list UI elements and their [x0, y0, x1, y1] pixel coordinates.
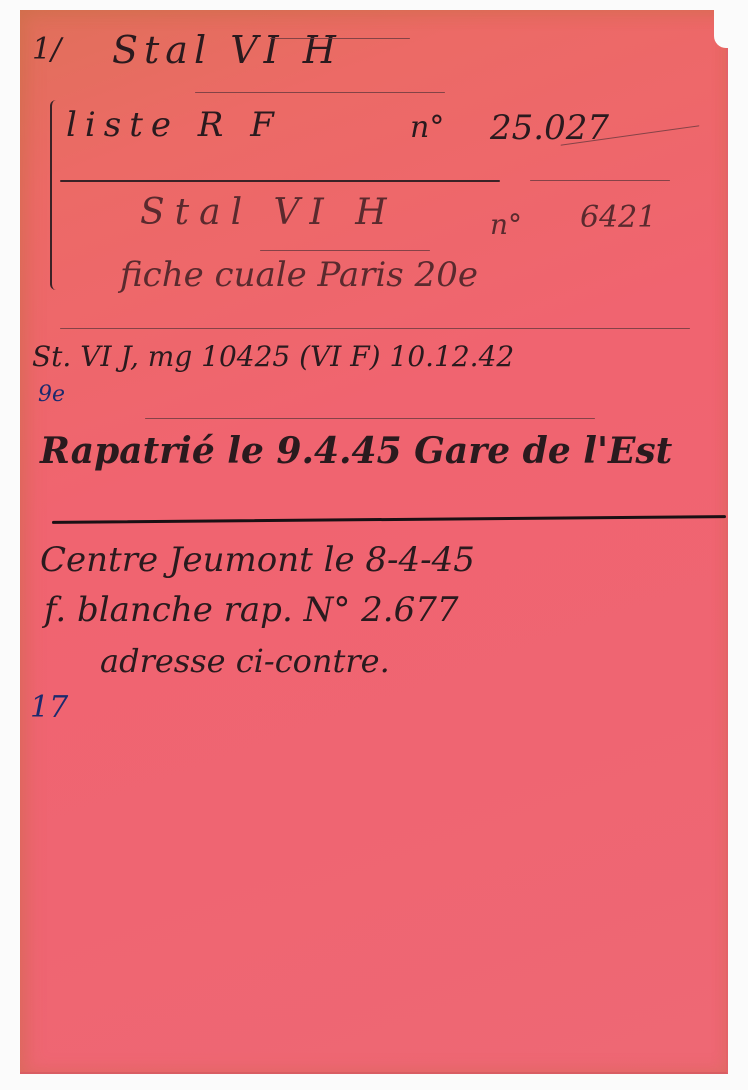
entry-count: 17 [30, 690, 68, 725]
torn-corner [714, 8, 728, 48]
index-card: 1/ Stal VI H liste R F n° 25.027 Stal VI… [20, 10, 728, 1074]
section-divider [60, 328, 690, 329]
section-divider [530, 180, 670, 181]
entry-address: adresse ci-contre. [100, 642, 390, 680]
entry-stalag-1: Stal VI H [112, 28, 342, 72]
underline [260, 250, 430, 251]
overline [270, 38, 410, 39]
entry-stalag-2: Stal VI H [140, 192, 397, 233]
entry-number-label: n° [410, 110, 444, 145]
entry-number: 6421 [580, 200, 656, 235]
entry-fiche-blanche: f. blanche rap. N° 2.677 [44, 590, 458, 630]
margin-note: 9e [38, 382, 65, 407]
entry-liste: liste R F [66, 105, 282, 145]
underline [145, 418, 595, 419]
entry-prefix: 1/ [32, 32, 61, 67]
entry-number-label: n° [490, 208, 522, 241]
brace-bracket [50, 100, 62, 290]
underline [195, 92, 445, 93]
entry-repatriated: Rapatrié le 9.4.45 Gare de l'Est [40, 430, 672, 472]
entry-number: 25.027 [490, 108, 609, 148]
section-divider [60, 180, 500, 182]
entry-stalag-transfer: St. VI J, mg 10425 (VI F) 10.12.42 [32, 340, 514, 373]
section-divider [52, 515, 726, 524]
entry-centre: Centre Jeumont le 8-4-45 [40, 540, 475, 580]
entry-fiche: fiche cuale Paris 20e [120, 255, 478, 295]
